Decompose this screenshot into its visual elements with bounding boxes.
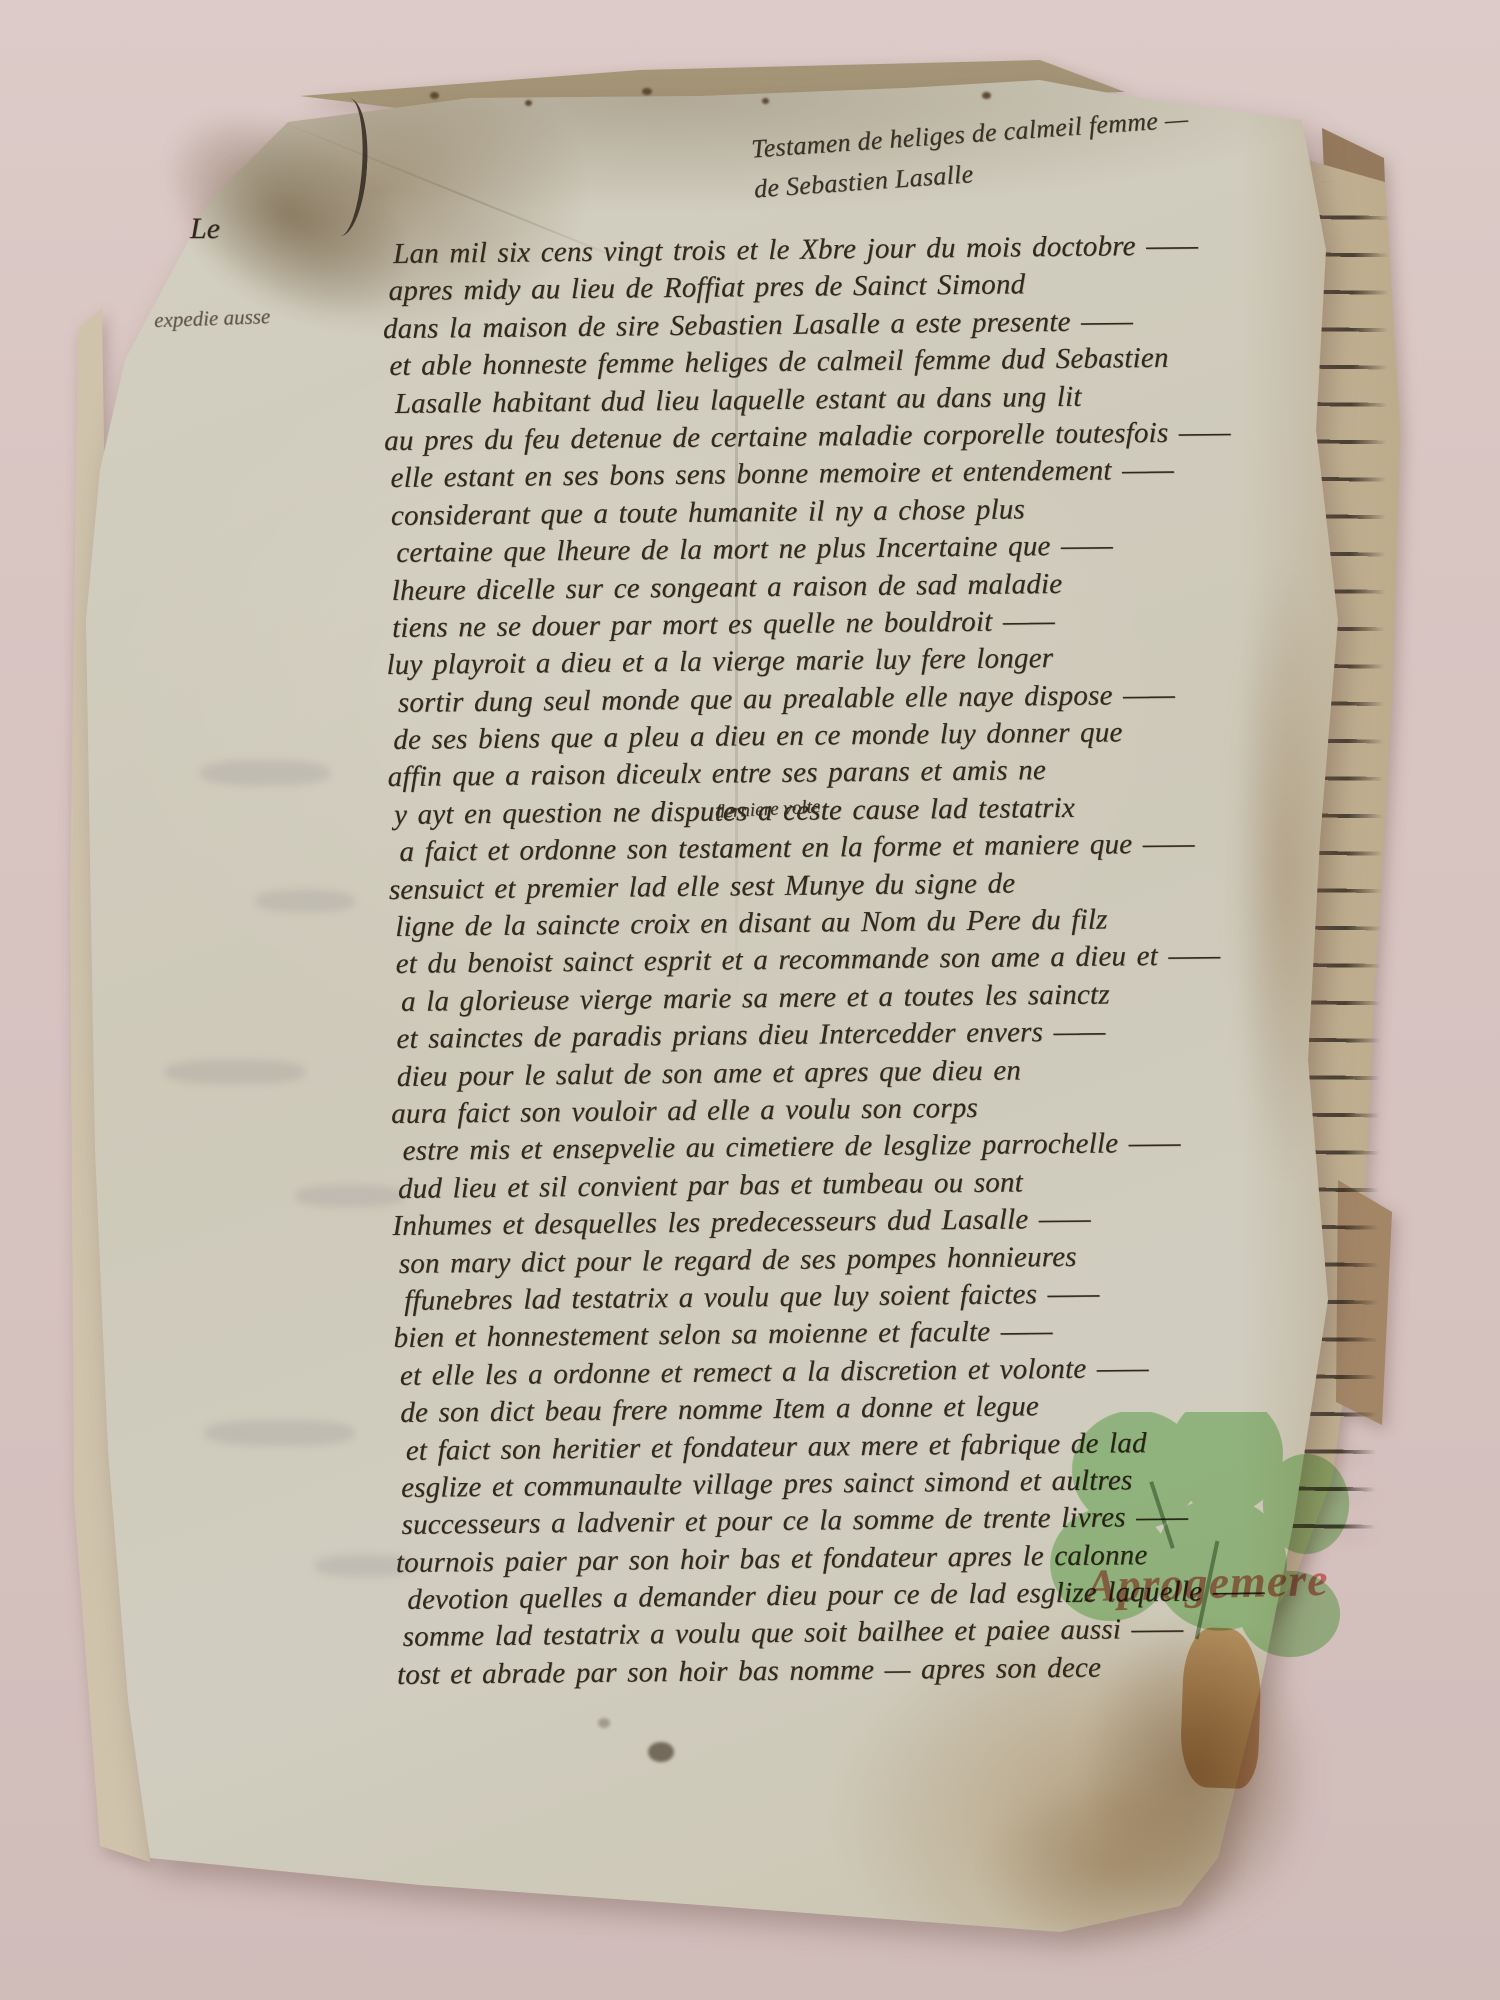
bleed-through-mark (200, 760, 330, 786)
grime-speck (525, 100, 532, 106)
grime-speck (762, 98, 769, 104)
bleed-through-mark (205, 1420, 355, 1446)
tree-watermark-trunk (1179, 1627, 1263, 1790)
grime-speck (642, 88, 652, 95)
bleed-through-mark (255, 890, 355, 912)
grime-speck (982, 92, 991, 99)
bleed-through-mark (165, 1060, 305, 1084)
bleed-through-mark (295, 1185, 405, 1207)
margin-mark-le: Le (190, 212, 220, 246)
grime-speck (430, 92, 439, 99)
watermark-text: Aprogemere (1085, 1553, 1329, 1612)
margin-note: expedie ausse (154, 304, 271, 333)
ink-blot (598, 1718, 610, 1728)
photo-of-manuscript: Testamen de heliges de calmeil femme — d… (0, 0, 1500, 2000)
ink-blot (648, 1742, 674, 1762)
